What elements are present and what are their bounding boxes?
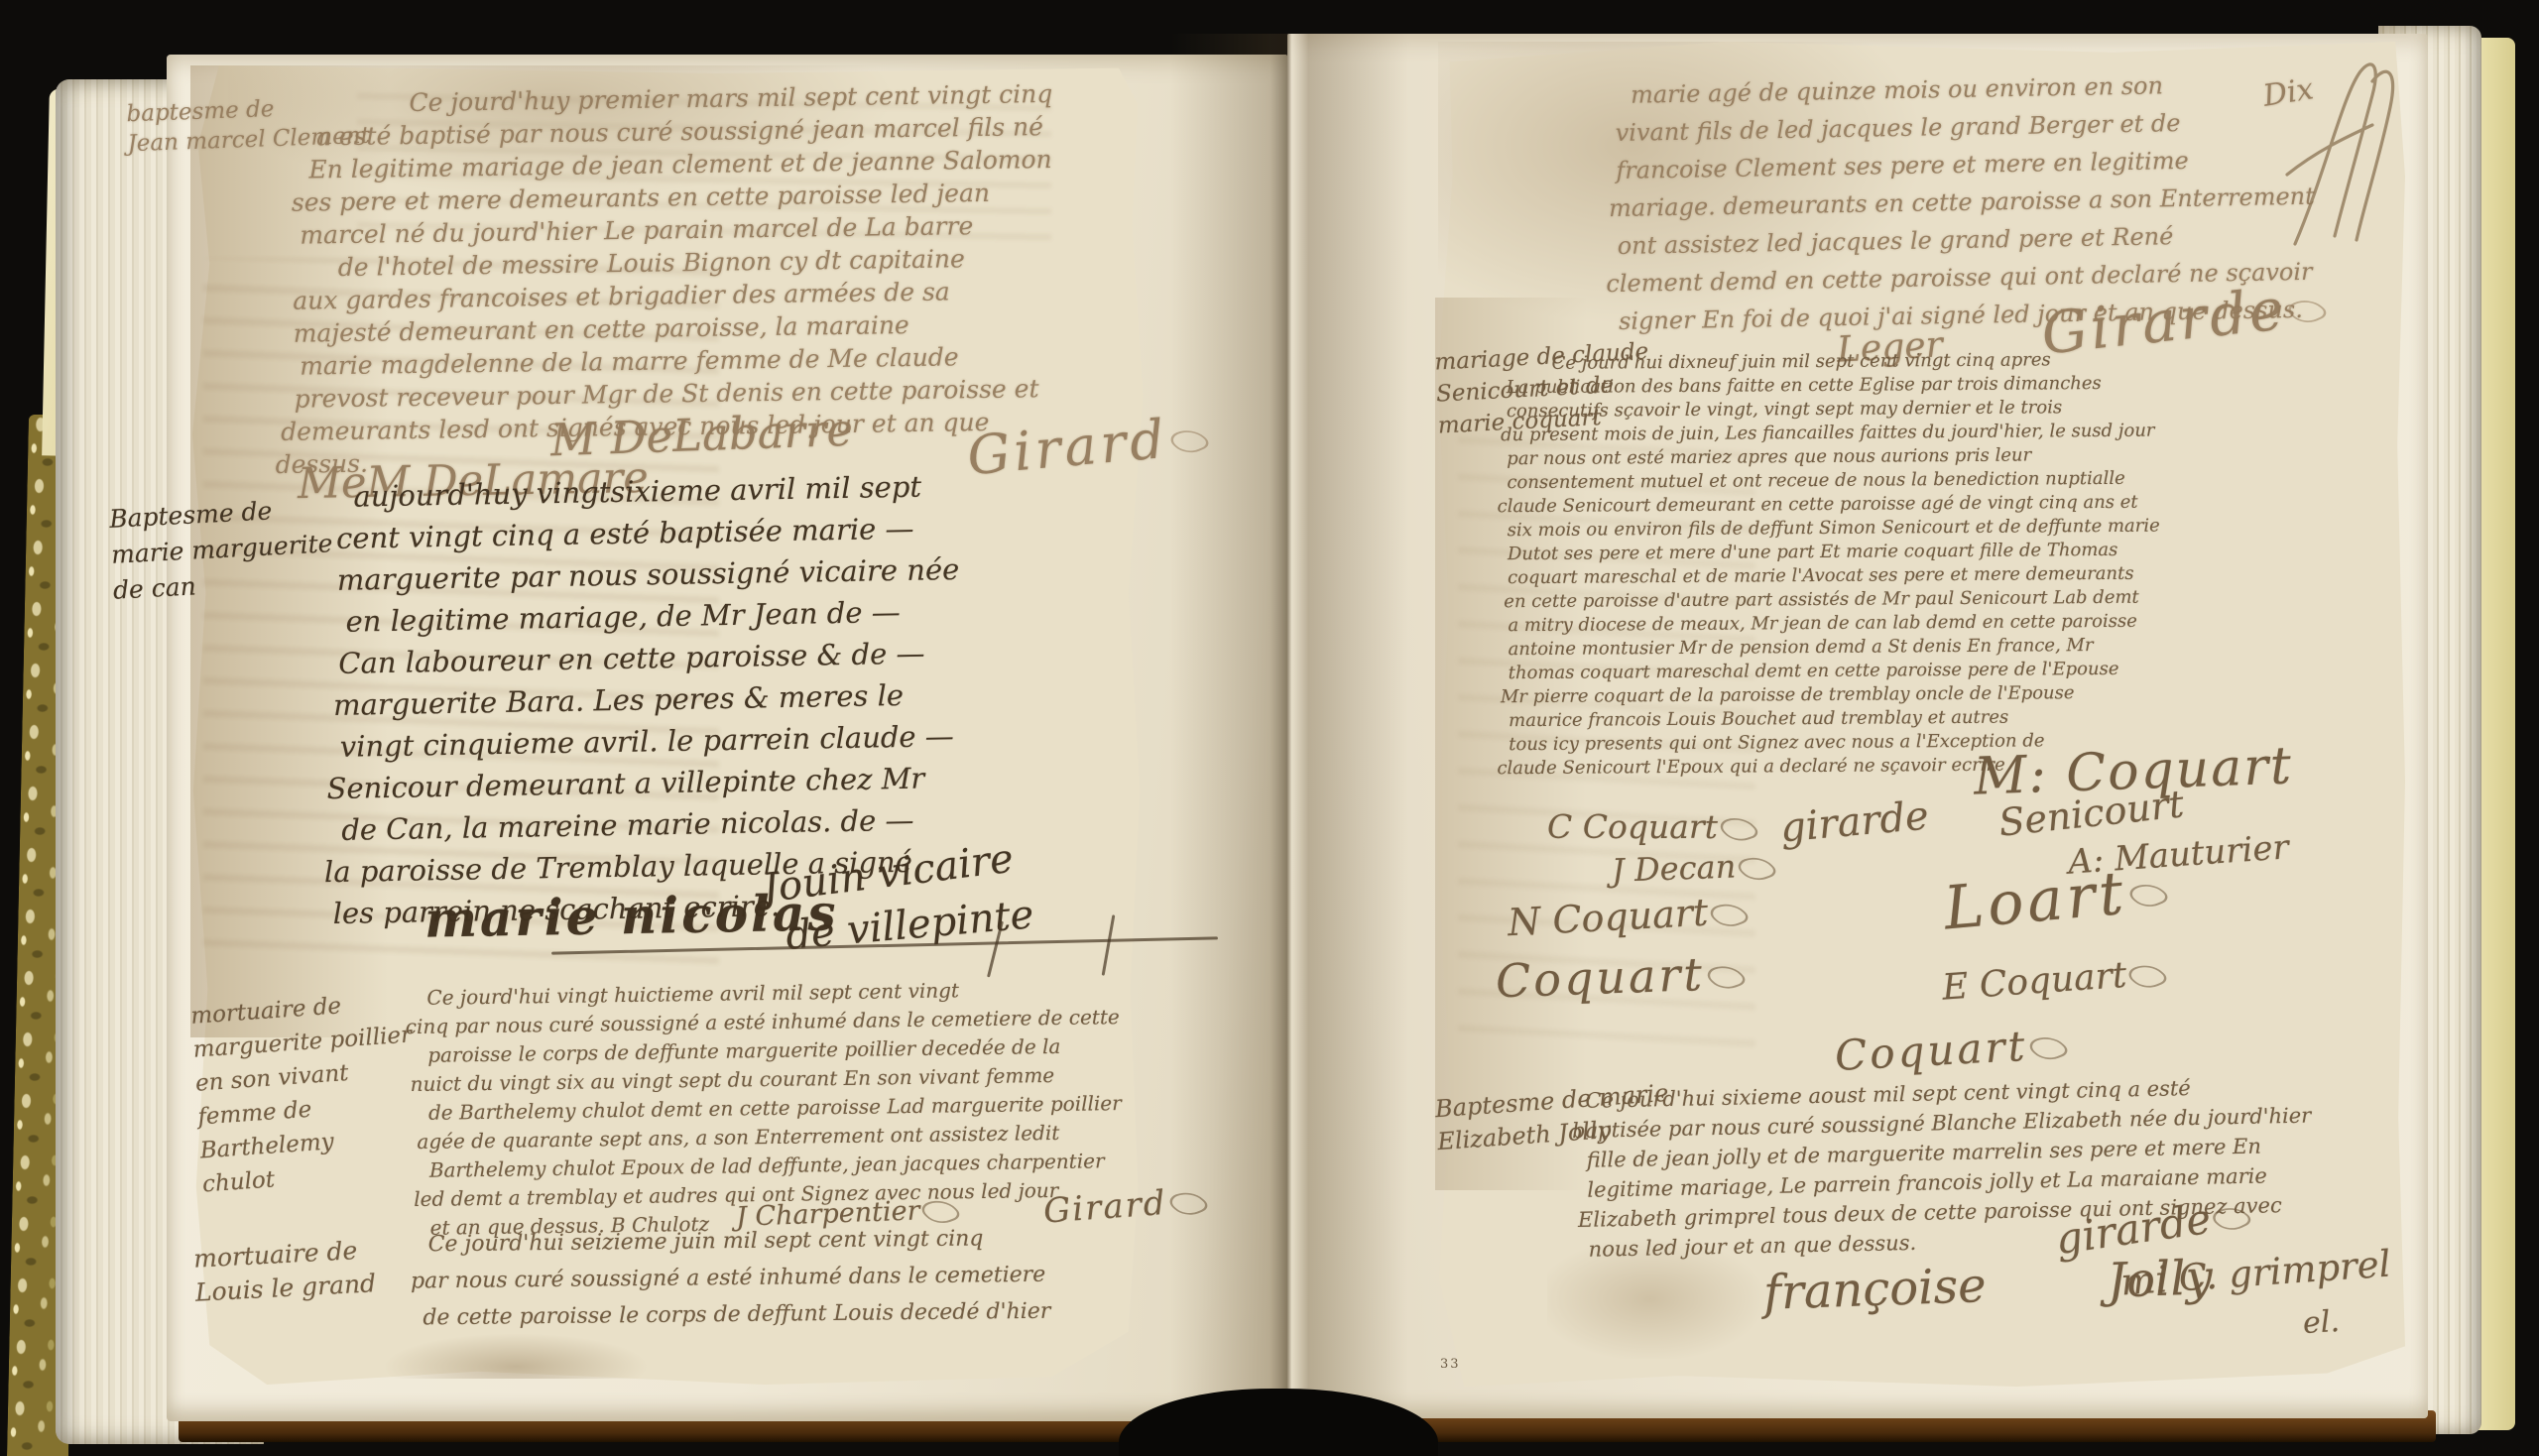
page-number: 33 xyxy=(1440,1357,1461,1372)
signature-c-coquart: C Coquart xyxy=(1547,807,1753,846)
margin-note-burial-poillier: mortuaire de marguerite poillier en son … xyxy=(189,985,422,1202)
signature-text: C Coquart xyxy=(1547,807,1718,846)
signature-j-decan: J Decan xyxy=(1611,846,1771,890)
signature-text: Coquart xyxy=(1495,947,1706,1008)
entry-burial-louis-legrand: Ce jourd'hui seizieme juin mil sept cent… xyxy=(427,1218,1242,1337)
entry-baptism-elizabeth-jolly: Ce jourd'hui sixieme aoust mil sept cent… xyxy=(1585,1068,2422,1265)
margin-note-burial-legrand: mortuaire de Louis le grand xyxy=(192,1233,377,1309)
signature-text: Coquart xyxy=(1834,1022,2029,1080)
entry-marriage-senicourt-coquart: Ce jourd'hui dixneuf juin mil sept cent … xyxy=(1507,346,2412,781)
margin-note-baptism-decan: Baptesme de marie marguerite de can xyxy=(108,490,335,609)
signature-coquart-large: Coquart xyxy=(1495,946,1742,1009)
signature-grimprel-tail: el. xyxy=(2302,1304,2341,1341)
flourish-mark xyxy=(2277,56,2416,264)
photograph-of-parish-register: baptesme de Jean marcel Clement Ce jourd… xyxy=(0,0,2539,1456)
signature-text: J Decan xyxy=(1611,847,1736,889)
